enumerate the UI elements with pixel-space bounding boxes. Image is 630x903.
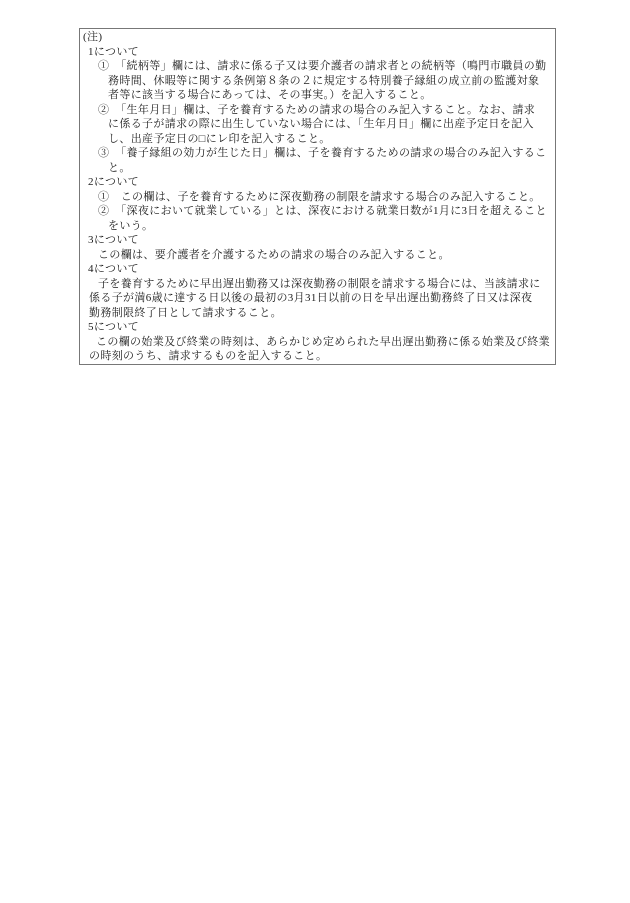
- note-line: 5について: [80, 320, 555, 335]
- document-page: (注)1について① 「続柄等」欄には、請求に係る子又は要介護者の請求者との続柄等…: [0, 0, 630, 903]
- note-line: 務時間、休暇等に関する条例第８条の２に規定する特別養子縁組の成立前の監護対象: [80, 74, 555, 89]
- note-line: ② 「深夜において就業している」とは、深夜における就業日数が1月に3日を超えるこ…: [80, 204, 555, 219]
- note-line: 子を養育するために早出遅出勤務又は深夜勤務の制限を請求する場合には、当該請求に: [80, 277, 555, 292]
- note-line: の時刻のうち、請求するものを記入すること。: [80, 349, 555, 364]
- note-line: この欄の始業及び終業の時刻は、あらかじめ定められた早出遅出勤務に係る始業及び終業: [80, 335, 555, 350]
- note-line: 3について: [80, 233, 555, 248]
- note-line: に係る子が請求の際に出生していない場合には、「生年月日」欄に出産予定日を記入: [80, 117, 555, 132]
- note-lines: (注)1について① 「続柄等」欄には、請求に係る子又は要介護者の請求者との続柄等…: [80, 30, 555, 364]
- note-line: ① 「続柄等」欄には、請求に係る子又は要介護者の請求者との続柄等（鳴門市職員の勤: [80, 59, 555, 74]
- note-line: 2について: [80, 175, 555, 190]
- note-line: ② 「生年月日」欄は、子を養育するための請求の場合のみ記入すること。なお、請求: [80, 103, 555, 118]
- note-line: 係る子が満6歳に達する日以後の最初の3月31日以前の日を早出遅出勤務終了日又は深…: [80, 291, 555, 306]
- note-line: と。: [80, 161, 555, 176]
- note-line: この欄は、要介護者を介護するための請求の場合のみ記入すること。: [80, 248, 555, 263]
- note-line: 者等に該当する場合にあっては、その事実。）を記入すること。: [80, 88, 555, 103]
- note-line: (注): [80, 30, 555, 45]
- note-line: 勤務制限終了日として請求すること。: [80, 306, 555, 321]
- note-box: (注)1について① 「続柄等」欄には、請求に係る子又は要介護者の請求者との続柄等…: [79, 28, 556, 365]
- note-line: ③ 「養子縁組の効力が生じた日」欄は、子を養育するための請求の場合のみ記入するこ: [80, 146, 555, 161]
- note-line: 4について: [80, 262, 555, 277]
- note-line: し、出産予定日の□にレ印を記入すること。: [80, 132, 555, 147]
- note-line: 1について: [80, 45, 555, 60]
- note-line: ① この欄は、子を養育するために深夜勤務の制限を請求する場合のみ記入すること。: [80, 190, 555, 205]
- note-line: をいう。: [80, 219, 555, 234]
